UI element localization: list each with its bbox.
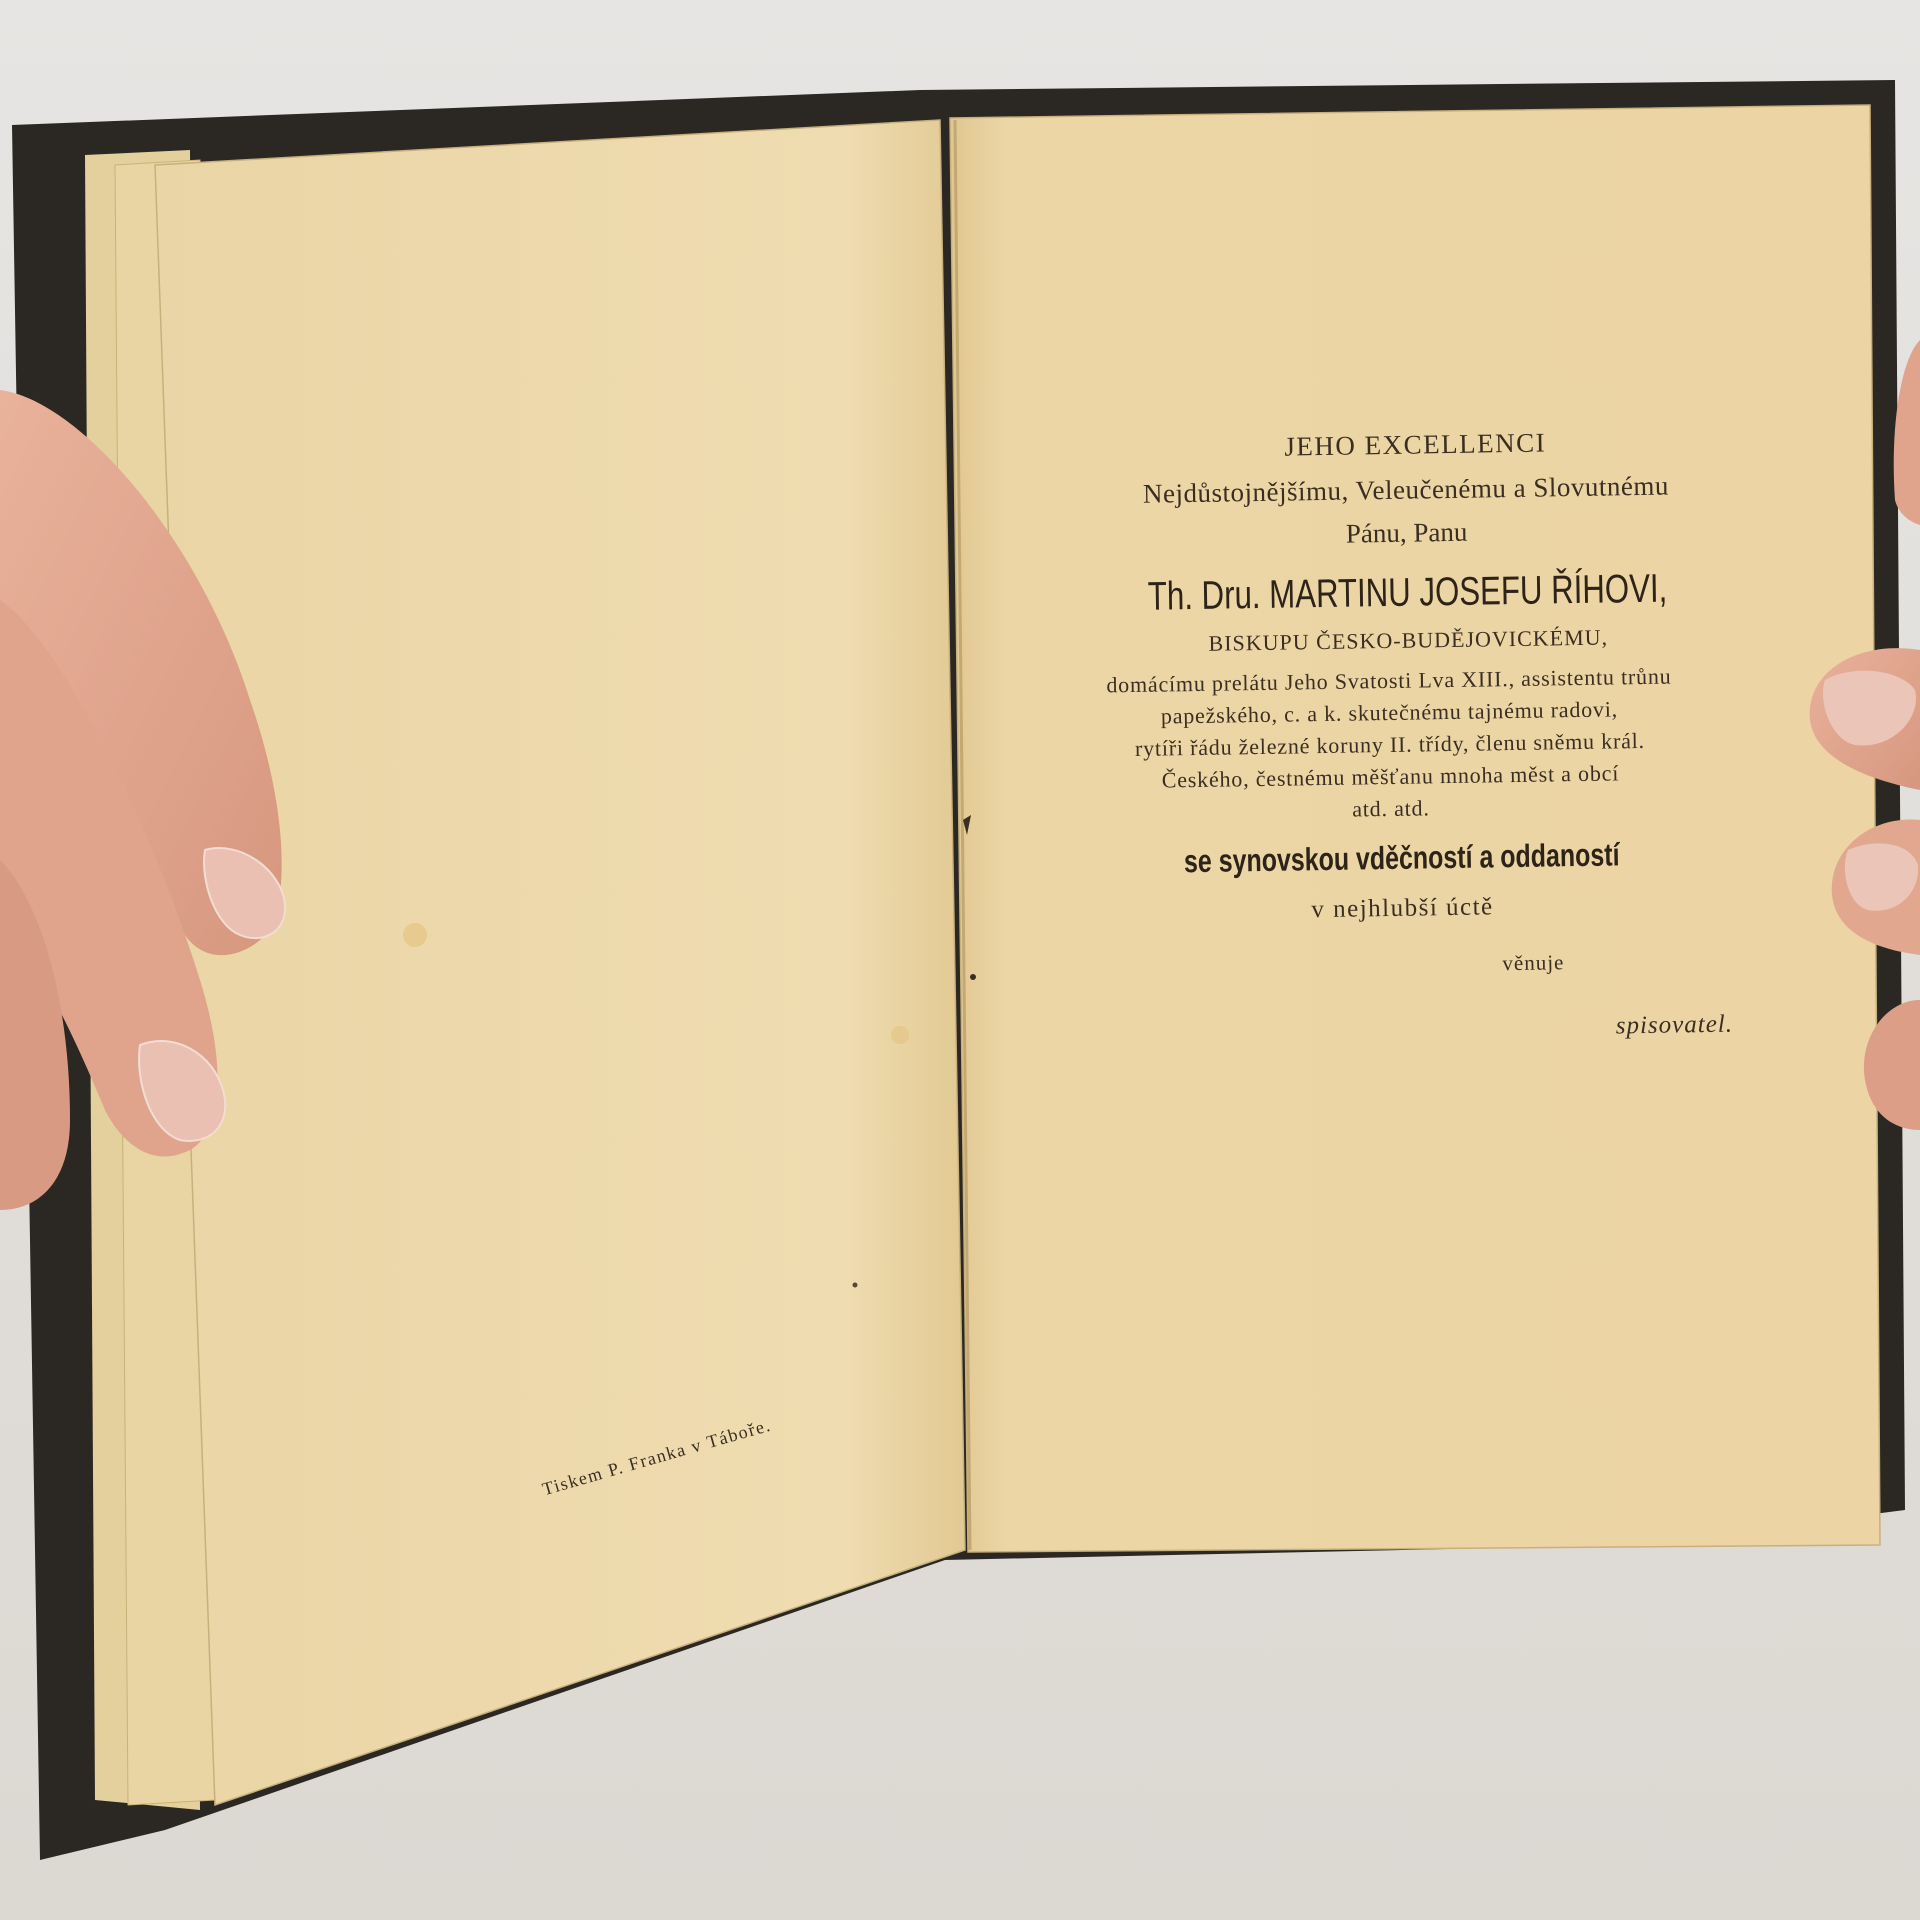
dedication-signature: spisovatel. [1569,1010,1779,1041]
dedication-body-line: papežského, c. a k. skutečnému tajnému r… [1004,694,1774,732]
left-page [155,120,965,1805]
dedication-verb: věnuje [1288,947,1778,980]
dedication-honorific: Nejdůstojnějšímu, Veleučenému a Slovutné… [1041,469,1771,511]
dedication-body-line: rytíři řádu železné koruny II. třídy, čl… [1005,726,1775,764]
book-photo: Tiskem P. Franka v Táboře. JEHO EXCELLEN… [0,0,1920,1920]
dedication-body-line: atd. atd. [1006,790,1776,828]
dedication-body-line: domácímu prelátu Jeho Svatosti Lva XIII.… [1004,662,1774,700]
dedication-body-line: Českého, čestnému měšťanu mnoha měst a o… [1005,758,1775,796]
dedicatee-name: Th. Dru. MARTINU JOSEFU ŘÍHOVI, [1123,566,1693,620]
foxing-stain [403,923,427,947]
dedicatee-title: BISKUPU ČESKO-BUDĚJOVICKÉMU, [1043,622,1773,659]
dedication-address: Pánu, Panu [1041,512,1771,554]
dedication-devotion: se synovskou vděčností a oddaností [1109,835,1695,881]
dedication-respect: v nejhlubší úctě [1027,889,1777,929]
dedication-block: JEHO EXCELLENCI Nejdůstojnějšímu, Veleuč… [1000,424,1780,1050]
